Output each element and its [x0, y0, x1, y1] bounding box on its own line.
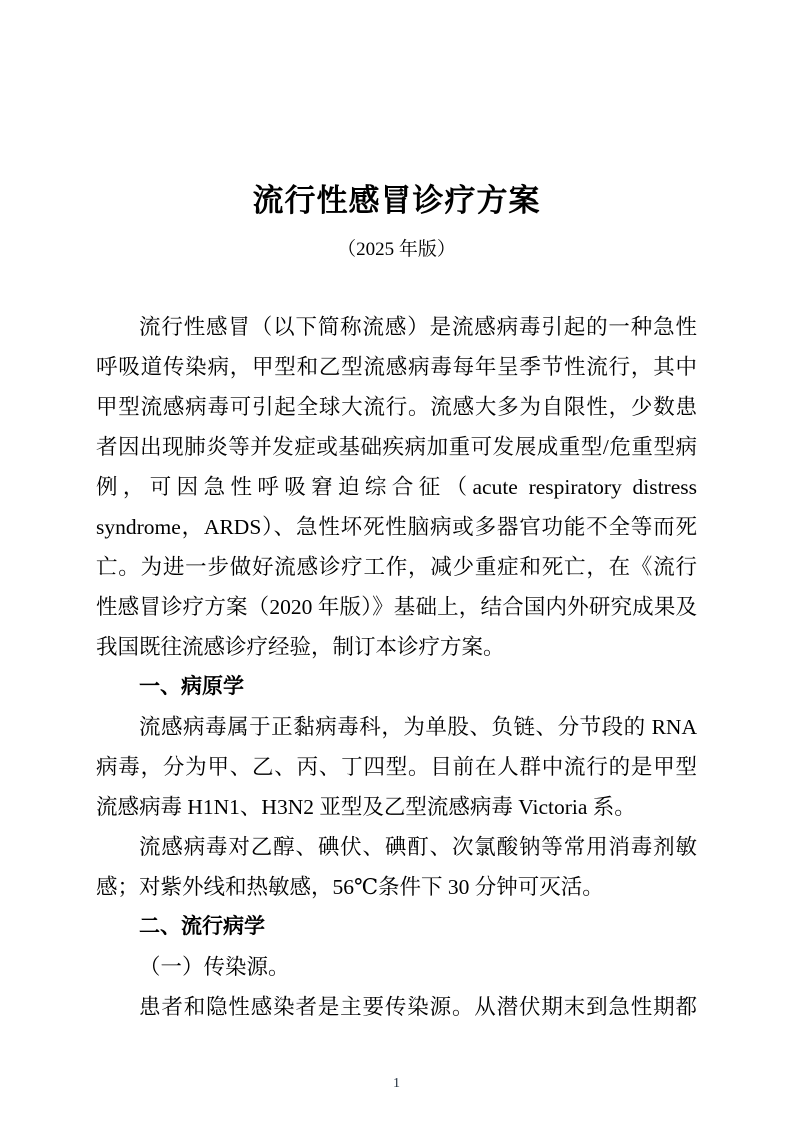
body-line: 甲型流感病毒可引起全球大流行。流感大多为自限性，少数患 — [96, 387, 697, 427]
body-line: 感；对紫外线和热敏感，56℃条件下 30 分钟可灭活。 — [96, 867, 697, 907]
body-line: 病毒，分为甲、乙、丙、丁四型。目前在人群中流行的是甲型 — [96, 747, 697, 787]
document-subtitle: （2025 年版） — [0, 237, 793, 263]
body-line: 亡。为进一步做好流感诊疗工作，减少重症和死亡，在《流行 — [96, 547, 697, 587]
body-line: 呼吸道传染病，甲型和乙型流感病毒每年呈季节性流行，其中 — [96, 347, 697, 387]
body-line: syndrome，ARDS）、急性坏死性脑病或多器官功能不全等而死 — [96, 507, 697, 547]
section-heading-epidemiology: 二、流行病学 — [96, 907, 697, 947]
body-line: 患者和隐性感染者是主要传染源。从潜伏期末到急性期都 — [96, 987, 697, 1027]
body-line: 流感病毒属于正黏病毒科，为单股、负链、分节段的 RNA — [96, 707, 697, 747]
body-line: 例，可因急性呼吸窘迫综合征（acute respiratory distress — [96, 467, 697, 507]
section-heading-etiology: 一、病原学 — [96, 667, 697, 707]
body-line: 者因出现肺炎等并发症或基础疾病加重可发展成重型/危重型病 — [96, 427, 697, 467]
body-line: 我国既往流感诊疗经验，制订本诊疗方案。 — [96, 627, 697, 667]
document-body: 流行性感冒（以下简称流感）是流感病毒引起的一种急性 呼吸道传染病，甲型和乙型流感… — [0, 307, 793, 1027]
body-line: 流行性感冒（以下简称流感）是流感病毒引起的一种急性 — [96, 307, 697, 347]
body-line: 性感冒诊疗方案（2020 年版）》基础上，结合国内外研究成果及 — [96, 587, 697, 627]
body-line: 流感病毒对乙醇、碘伏、碘酊、次氯酸钠等常用消毒剂敏 — [96, 827, 697, 867]
sub-heading-infection-source: （一）传染源。 — [96, 947, 697, 987]
document-page: 流行性感冒诊疗方案 （2025 年版） 流行性感冒（以下简称流感）是流感病毒引起… — [0, 0, 793, 1122]
body-line: 流感病毒 H1N1、H3N2 亚型及乙型流感病毒 Victoria 系。 — [96, 787, 697, 827]
page-number: 1 — [0, 1076, 793, 1092]
document-title: 流行性感冒诊疗方案 — [0, 0, 793, 221]
